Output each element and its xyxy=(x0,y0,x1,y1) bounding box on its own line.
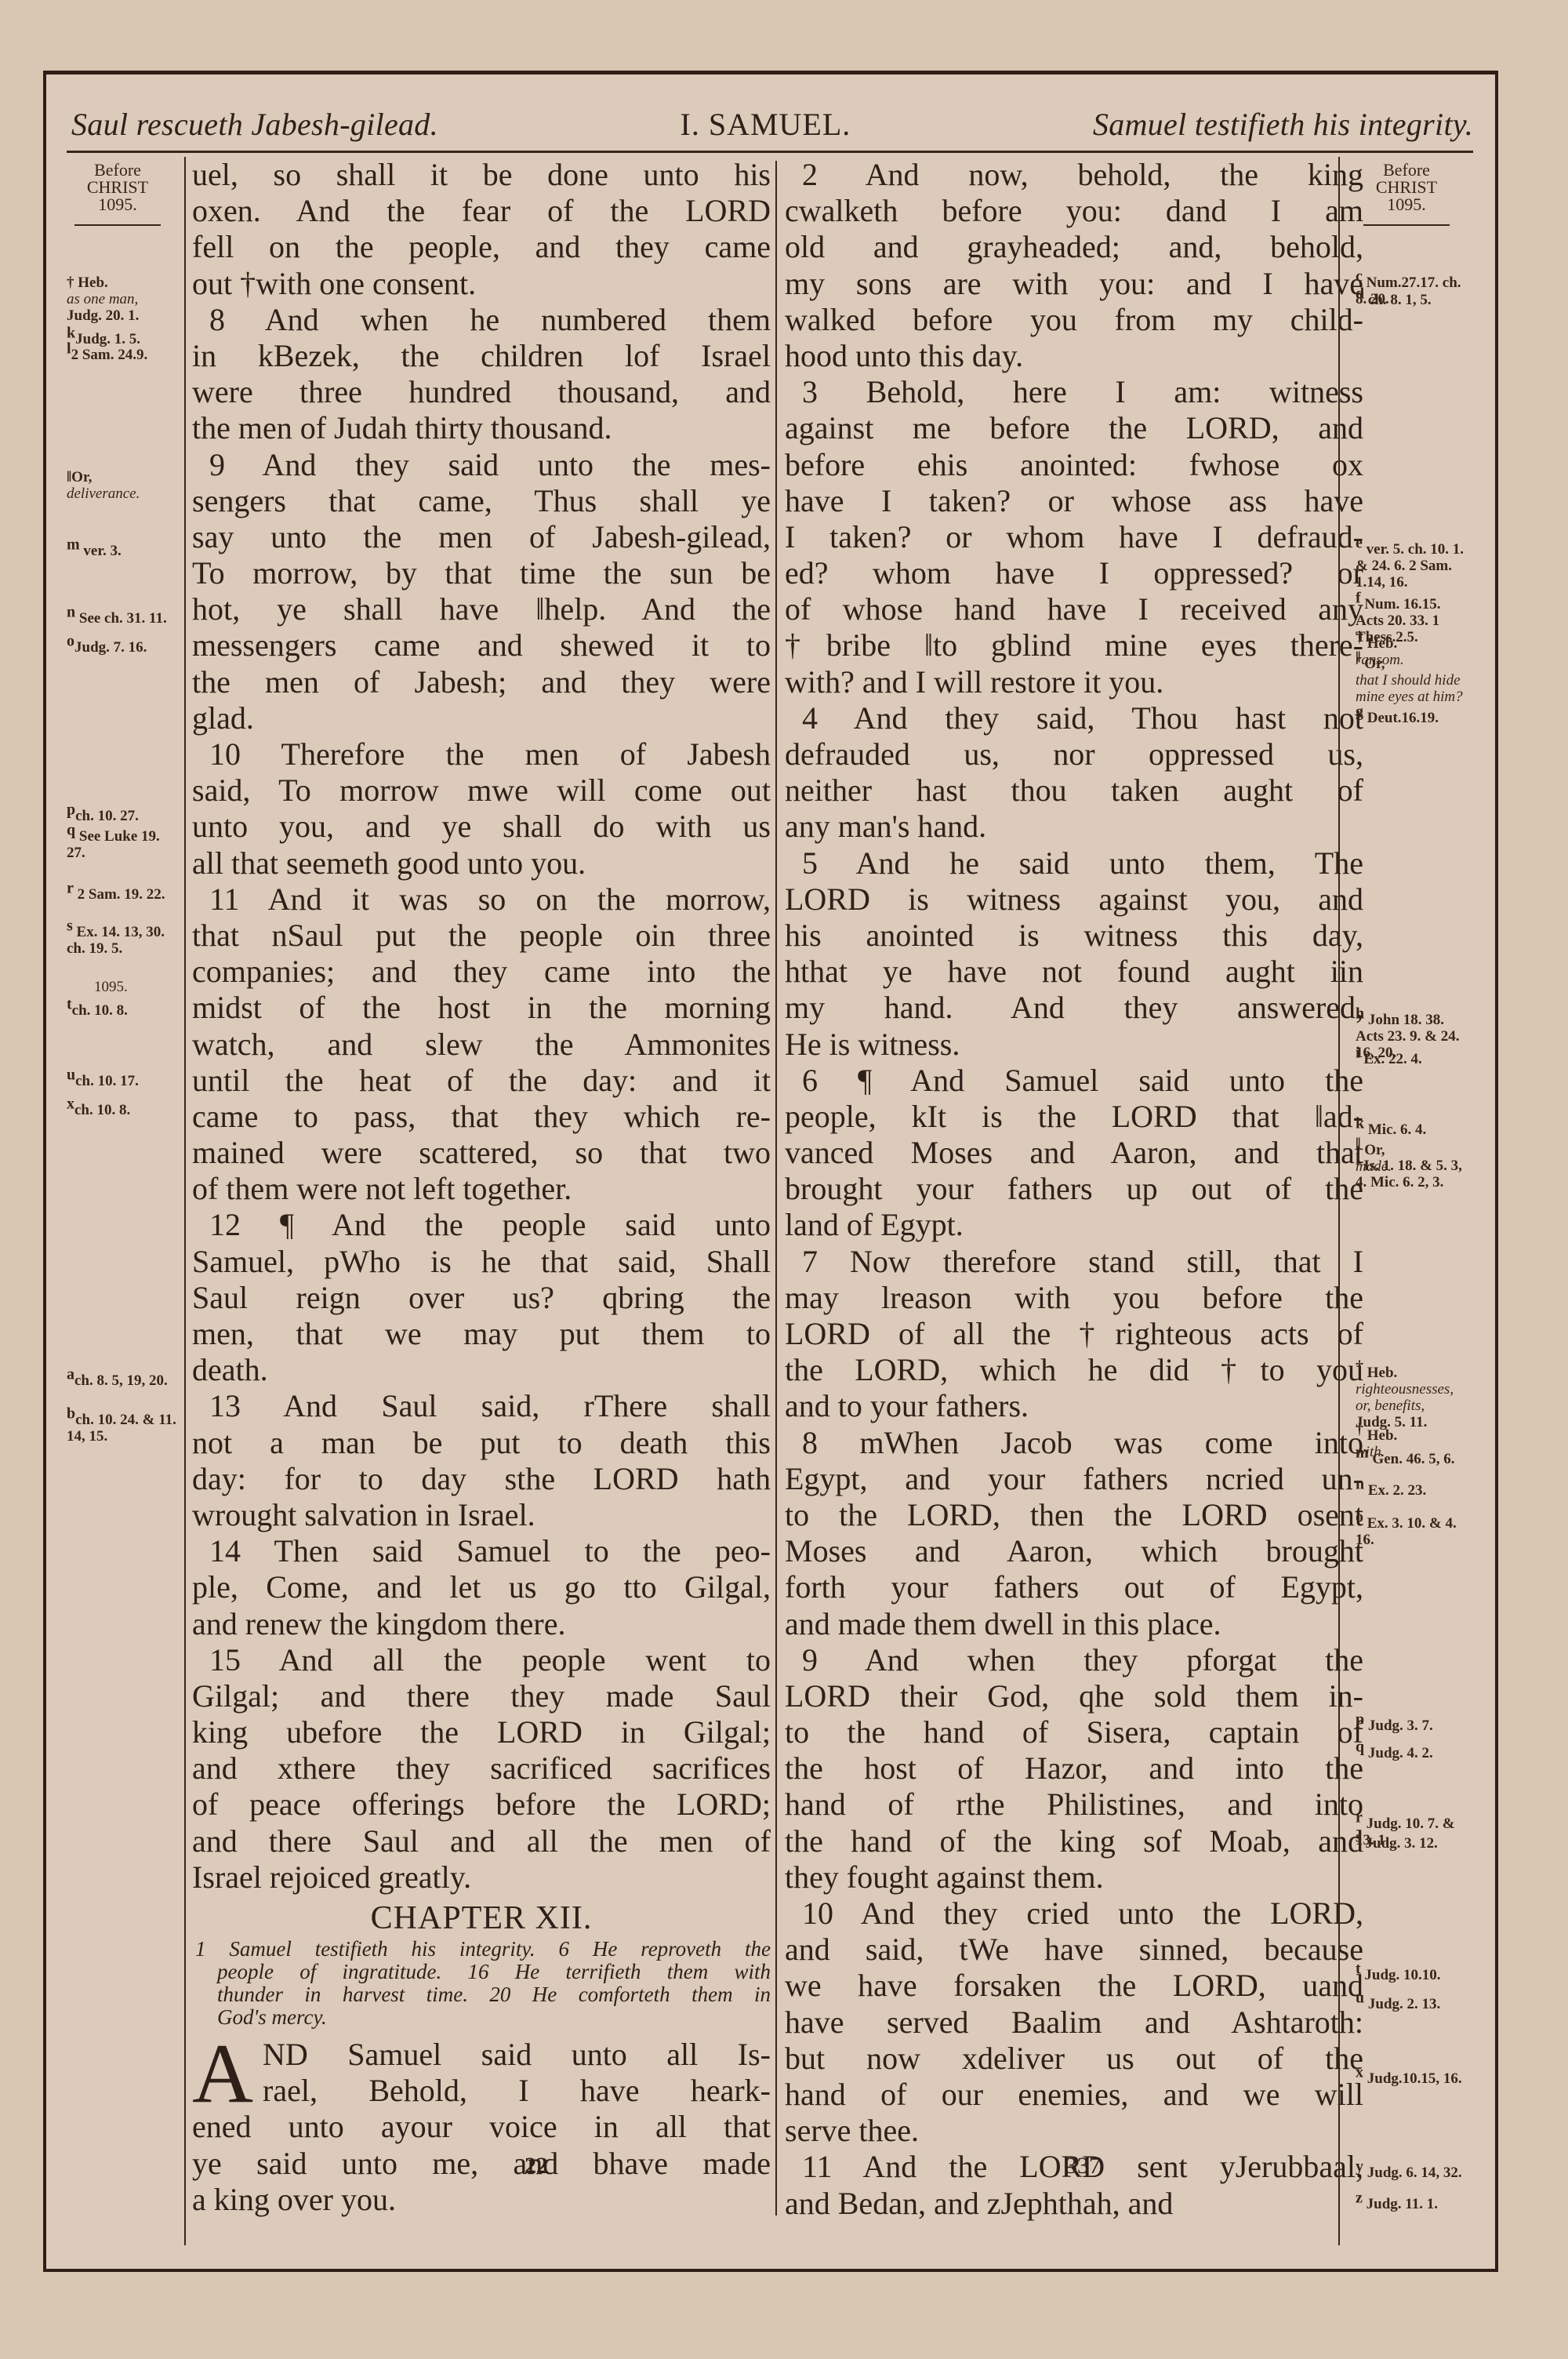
text-line: of peace offerings before the LORD; xyxy=(192,1787,771,1823)
margin-note: u Judg. 2. 13. xyxy=(1356,1996,1467,2012)
text-line: day: for to day sthe LORD hath xyxy=(192,1461,771,1497)
text-line: and made them dwell in this place. xyxy=(785,1606,1363,1642)
opening-line: ye said unto me, and bhave made xyxy=(192,2146,771,2182)
text-line: until the heat of the day: and it xyxy=(192,1063,771,1099)
text-line: hot, ye shall have ‖help. And the xyxy=(192,591,771,627)
text-line: 10 Therefore the men of Jabesh xyxy=(192,736,771,772)
text-line: †bribe ‖to gblind mine eyes there- xyxy=(785,627,1363,663)
text-line: old and grayheaded; and, behold, xyxy=(785,229,1363,265)
text-line: 9 And when they pforgat the xyxy=(785,1642,1363,1678)
text-line: walked before you from my child- xyxy=(785,302,1363,338)
book-page: Saul rescueth Jabesh-gilead. I. SAMUEL. … xyxy=(43,71,1498,2272)
chapter-heading: CHAPTER XII. xyxy=(192,1899,771,1938)
text-line: my hand. And they answered, xyxy=(785,990,1363,1026)
text-line: have served Baalim and Ashtaroth: xyxy=(785,2005,1363,2041)
verse-lines: uel, so shall it be done unto hisoxen. A… xyxy=(192,157,771,1896)
chapter-summary: 1 Samuel testifieth his integrity. 6 He … xyxy=(192,1938,771,2029)
before-christ-date: Before CHRIST 1095. xyxy=(51,157,184,226)
text-line: we have forsaken the LORD, uand xyxy=(785,1968,1363,2004)
text-line: they fought against them. xyxy=(785,1859,1363,1896)
running-head: Saul rescueth Jabesh-gilead. I. SAMUEL. … xyxy=(46,89,1495,159)
text-line: LORD of all the †righteous acts of xyxy=(785,1316,1363,1352)
verse-lines: 2 And now, behold, the kingcwalketh befo… xyxy=(785,157,1363,2222)
margin-note: pch. 10. 27. xyxy=(67,808,178,824)
text-column-left: uel, so shall it be done unto hisoxen. A… xyxy=(192,157,771,2218)
text-line: land of Egypt. xyxy=(785,1207,1363,1243)
text-line: not a man be put to death this xyxy=(192,1425,771,1461)
text-line: 6 ¶ And Samuel said unto the xyxy=(785,1063,1363,1099)
text-line: wrought salvation in Israel. xyxy=(192,1497,771,1533)
text-line: people, kIt is the LORD that ‖ad- xyxy=(785,1099,1363,1135)
margin-note: m Gen. 46. 5, 6. xyxy=(1356,1451,1467,1467)
text-line: say unto the men of Jabesh-gilead, xyxy=(192,519,771,555)
page-number-left: 22 xyxy=(524,2153,548,2179)
text-line: the host of Hazor, and into the xyxy=(785,1750,1363,1787)
margin-note: r 2 Sam. 19. 22. xyxy=(67,886,178,903)
margin-note: e ver. 5. ch. 10. 1. & 24. 6. 2 Sam. 1.1… xyxy=(1356,541,1467,591)
text-line: have I taken? or whose ass have xyxy=(785,483,1363,519)
margin-note: z Judg. 11. 1. xyxy=(1356,2196,1467,2212)
text-line: against me before the LORD, and xyxy=(785,410,1363,446)
date-rule xyxy=(74,224,161,226)
text-line: and renew the kingdom there. xyxy=(192,1606,771,1642)
text-line: sengers that came, Thus shall ye xyxy=(192,483,771,519)
margin-note: † Heb.as one man,Judg. 20. 1. xyxy=(67,274,178,324)
before-christ-date: Before CHRIST 1095. xyxy=(1340,157,1473,226)
text-line: any man's hand. xyxy=(785,809,1363,845)
margin-note: t Judg. 10.10. xyxy=(1356,1967,1467,1983)
text-line: brought your fathers up out of the xyxy=(785,1171,1363,1207)
text-line: companies; and they came into the xyxy=(192,954,771,990)
text-line: were three hundred thousand, and xyxy=(192,374,771,410)
text-line: the hand of the king sof Moab, and xyxy=(785,1823,1363,1859)
margin-note: m ver. 3. xyxy=(67,543,178,559)
text-line: with? and I will restore it you. xyxy=(785,664,1363,700)
margin-note: ‖Or,deliverance. xyxy=(67,469,178,502)
margin-note: uch. 10. 17. xyxy=(67,1073,178,1089)
margin-note: d ch. 8. 1, 5. xyxy=(1356,292,1467,308)
text-line: and there Saul and all the men of xyxy=(192,1823,771,1859)
text-line: ed? whom have I oppressed? or xyxy=(785,555,1363,591)
text-line: out †with one consent. xyxy=(192,266,771,302)
text-line: 12 ¶ And the people said unto xyxy=(192,1207,771,1243)
chapter-opening: A ND Samuel said unto all Is-rael, Behol… xyxy=(192,2037,771,2218)
margin-note: n See ch. 31. 11. xyxy=(67,610,178,627)
text-line: 8 mWhen Jacob was come into xyxy=(785,1425,1363,1461)
text-line: and to your fathers. xyxy=(785,1388,1363,1424)
book-title: I. SAMUEL. xyxy=(681,106,851,143)
text-line: to the LORD, then the LORD osent xyxy=(785,1497,1363,1533)
margin-note: xch. 10. 8. xyxy=(67,1102,178,1118)
text-line: He is witness. xyxy=(785,1027,1363,1063)
text-line: Saul reign over us? qbring the xyxy=(192,1280,771,1316)
year-label: 1095. xyxy=(1340,196,1473,213)
margin-note: p Judg. 3. 7. xyxy=(1356,1717,1467,1734)
text-line: fell on the people, and they came xyxy=(192,229,771,265)
margin-note: kJudg. 1. 5. xyxy=(67,331,178,347)
right-margin-references: Before CHRIST 1095. c Num.27.17. ch. 8. … xyxy=(1338,157,1473,2245)
text-line: Gilgal; and there they made Saul xyxy=(192,1678,771,1714)
christ-label: CHRIST xyxy=(51,179,184,196)
text-line: mained were scattered, so that two xyxy=(192,1135,771,1171)
text-line: may lreason with you before the xyxy=(785,1280,1363,1316)
margin-note: x Judg.10.15, 16. xyxy=(1356,2070,1467,2087)
text-line: neither hast thou taken aught of xyxy=(785,772,1363,809)
text-line: in kBezek, the children lof Israel xyxy=(192,338,771,374)
text-line: ple, Come, and let us go tto Gilgal, xyxy=(192,1569,771,1605)
text-line: 15 And all the people went to xyxy=(192,1642,771,1678)
text-line: Israel rejoiced greatly. xyxy=(192,1859,771,1896)
text-line: 14 Then said Samuel to the peo- xyxy=(192,1533,771,1569)
page-number-right: 337 xyxy=(1065,2153,1101,2179)
text-line: vanced Moses and Aaron, and that xyxy=(785,1135,1363,1171)
margin-note: n Ex. 2. 23. xyxy=(1356,1482,1467,1499)
text-line: and said, tWe have sinned, because xyxy=(785,1932,1363,1968)
text-line: cwalketh before you: dand I am xyxy=(785,193,1363,229)
text-line: 10 And they cried unto the LORD, xyxy=(785,1896,1363,1932)
text-line: king ubefore the LORD in Gilgal; xyxy=(192,1714,771,1750)
text-line: 11 And it was so on the morrow, xyxy=(192,881,771,918)
text-line: and xthere they sacrificed sacrifices xyxy=(192,1750,771,1787)
summary-line: thunder in harvest time. 20 He comfortet… xyxy=(195,1983,771,2006)
text-line: but now xdeliver us out of the xyxy=(785,2041,1363,2077)
margin-note: y Judg. 6. 14, 32. xyxy=(1356,2165,1467,2181)
text-line: hand of rthe Philistines, and into xyxy=(785,1787,1363,1823)
text-line: Egypt, and your fathers ncried un- xyxy=(785,1461,1363,1497)
before-label: Before xyxy=(1340,162,1473,179)
opening-line: ened unto ayour voice in all that xyxy=(192,2109,771,2145)
text-line: midst of the host in the morning xyxy=(192,990,771,1026)
text-line: messengers came and shewed it to xyxy=(192,627,771,663)
text-line: I taken? or whom have I defraud- xyxy=(785,519,1363,555)
drop-cap: A xyxy=(192,2038,253,2110)
text-line: unto you, and ye shall do with us xyxy=(192,809,771,845)
summary-line: God's mercy. xyxy=(195,2006,771,2029)
text-line: oxen. And the fear of the LORD xyxy=(192,193,771,229)
text-line: of whose hand have I received any xyxy=(785,591,1363,627)
text-line: his anointed is witness this day, xyxy=(785,918,1363,954)
text-line: the men of Jabesh; and they were xyxy=(192,664,771,700)
text-line: 2 And now, behold, the king xyxy=(785,157,1363,193)
text-line: serve thee. xyxy=(785,2113,1363,2149)
running-head-left: Saul rescueth Jabesh-gilead. xyxy=(71,106,438,143)
christ-label: CHRIST xyxy=(1340,179,1473,196)
opening-line: rael, Behold, I have heark- xyxy=(192,2073,771,2109)
text-column-right: 2 And now, behold, the kingcwalketh befo… xyxy=(785,157,1363,2222)
text-line: 8 And when he numbered them xyxy=(192,302,771,338)
margin-note: tch. 10. 8. xyxy=(67,1002,178,1019)
header-rule xyxy=(67,151,1473,153)
text-line: hthat ye have not found aught iin xyxy=(785,954,1363,990)
margin-note: i Ex. 22. 4. xyxy=(1356,1051,1467,1067)
text-line: said, To morrow mwe will come out xyxy=(192,772,771,809)
text-line: 3 Behold, here I am: witness xyxy=(785,374,1363,410)
text-line: 7 Now therefore stand still, that I xyxy=(785,1244,1363,1280)
text-line: watch, and slew the Ammonites xyxy=(192,1027,771,1063)
text-line: 13 And Saul said, rThere shall xyxy=(192,1388,771,1424)
text-line: and Bedan, and zJephthah, and xyxy=(785,2186,1363,2222)
opening-line: a king over you. xyxy=(192,2182,771,2218)
margin-note: l2 Sam. 24.9. xyxy=(67,347,178,363)
margin-note: k Mic. 6. 4. xyxy=(1356,1121,1467,1138)
margin-note: s Ex. 14. 13, 30. ch. 19. 5. xyxy=(67,924,178,957)
text-line: 9 And they said unto the mes- xyxy=(192,447,771,483)
text-line: 4 And they said, Thou hast not xyxy=(785,700,1363,736)
margin-note: g Deut.16.19. xyxy=(1356,710,1467,726)
text-line: to the hand of Sisera, captain of xyxy=(785,1714,1363,1750)
text-line: To morrow, by that time the sun be xyxy=(192,555,771,591)
date-rule xyxy=(1363,224,1450,226)
margin-note: q Judg. 4. 2. xyxy=(1356,1745,1467,1761)
text-line: LORD their God, qhe sold them in- xyxy=(785,1678,1363,1714)
text-line: 5 And he said unto them, The xyxy=(785,845,1363,881)
text-line: LORD is witness against you, and xyxy=(785,881,1363,918)
text-line: that nSaul put the people oin three xyxy=(192,918,771,954)
margin-note: ach. 8. 5, 19, 20. xyxy=(67,1372,178,1389)
before-label: Before xyxy=(51,162,184,179)
opening-line: ND Samuel said unto all Is- xyxy=(192,2037,771,2073)
text-line: my sons are with you: and I have xyxy=(785,266,1363,302)
margin-note: q See Luke 19. 27. xyxy=(67,828,178,861)
running-head-right: Samuel testifieth his integrity. xyxy=(1093,106,1473,143)
column-divider xyxy=(775,161,777,2215)
text-line: hood unto this day. xyxy=(785,338,1363,374)
left-margin-references: Before CHRIST 1095. † Heb.as one man,Jud… xyxy=(51,157,186,2245)
text-line: defrauded us, nor oppressed us, xyxy=(785,736,1363,772)
margin-note: o Ex. 3. 10. & 4. 16. xyxy=(1356,1515,1467,1548)
text-line: before ehis anointed: fwhose ox xyxy=(785,447,1363,483)
text-line: glad. xyxy=(192,700,771,736)
margin-note: † Heb.righteousnesses, or, benefits,Judg… xyxy=(1356,1365,1467,1430)
margin-note: l Is. 1. 18. & 5. 3, 4. Mic. 6. 2, 3. xyxy=(1356,1158,1467,1190)
text-line: men, that we may put them to xyxy=(192,1316,771,1352)
text-line: Moses and Aaron, which brought xyxy=(785,1533,1363,1569)
summary-line: 1 Samuel testifieth his integrity. 6 He … xyxy=(195,1938,771,1961)
margin-year: 1095. xyxy=(94,979,178,995)
text-line: the men of Judah thirty thousand. xyxy=(192,410,771,446)
margin-note: oJudg. 7. 16. xyxy=(67,639,178,656)
summary-line: people of ingratitude. 16 He terrifieth … xyxy=(195,1961,771,1983)
text-line: forth your fathers out of Egypt, xyxy=(785,1569,1363,1605)
margin-note: bch. 10. 24. & 11. 14, 15. xyxy=(67,1412,178,1445)
text-line: the LORD, which he did †to you xyxy=(785,1352,1363,1388)
text-line: Samuel, pWho is he that said, Shall xyxy=(192,1244,771,1280)
margin-note: s Judg. 3. 12. xyxy=(1356,1835,1467,1852)
text-line: of them were not left together. xyxy=(192,1171,771,1207)
text-line: all that seemeth good unto you. xyxy=(192,845,771,881)
year-label: 1095. xyxy=(51,196,184,213)
text-line: came to pass, that they which re- xyxy=(192,1099,771,1135)
text-line: uel, so shall it be done unto his xyxy=(192,157,771,193)
margin-note: ‖ Or,that I should hide mine eyes at him… xyxy=(1356,656,1467,705)
text-line: hand of our enemies, and we will xyxy=(785,2077,1363,2113)
opening-lines: ND Samuel said unto all Is-rael, Behold,… xyxy=(192,2037,771,2218)
text-line: death. xyxy=(192,1352,771,1388)
